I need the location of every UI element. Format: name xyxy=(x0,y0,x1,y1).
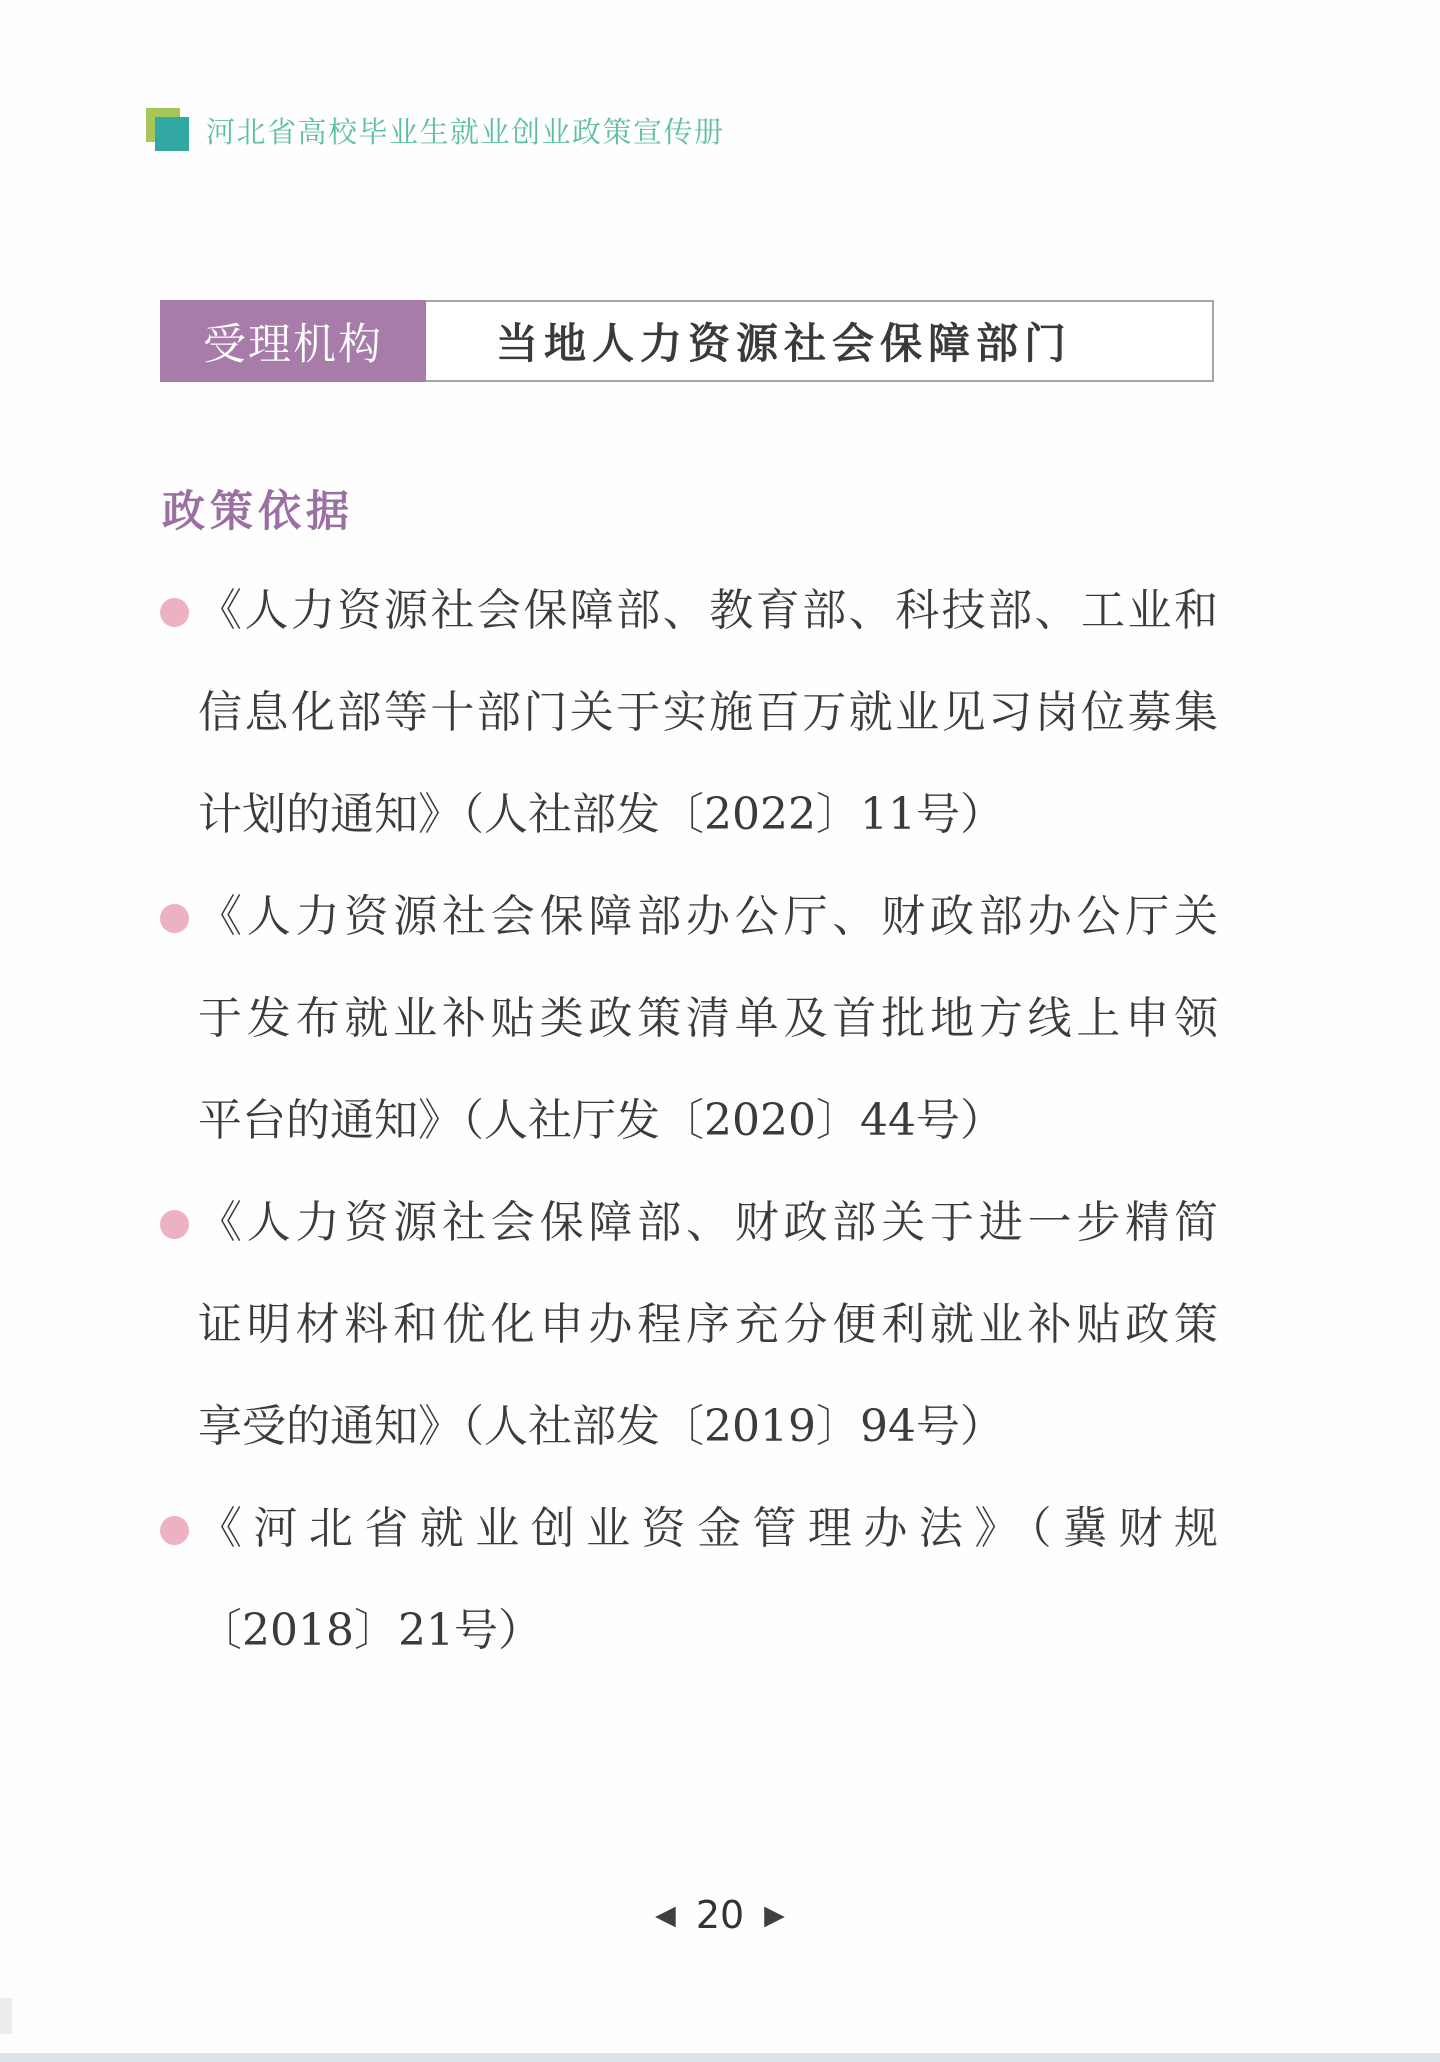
page-number: 20 xyxy=(696,1896,744,1934)
page-bottom-edge xyxy=(0,2053,1440,2062)
policy-text: 《河北省就业创业资金管理办法》（冀财规 〔2018〕21号） xyxy=(198,1478,1218,1682)
policy-line: 享受的通知》（人社部发〔2019〕94号） xyxy=(198,1376,1218,1478)
policy-item: 《人力资源社会保障部办公厅、财政部办公厅关 于发布就业补贴类政策清单及首批地方线… xyxy=(160,866,1218,1172)
agency-label: 受理机构 xyxy=(160,300,426,382)
square-front-teal xyxy=(155,117,189,151)
policy-line: 于发布就业补贴类政策清单及首批地方线上申领 xyxy=(198,968,1218,1070)
policy-item: 《河北省就业创业资金管理办法》（冀财规 〔2018〕21号） xyxy=(160,1478,1218,1682)
policy-list: 《人力资源社会保障部、教育部、科技部、工业和 信息化部等十部门关于实施百万就业见… xyxy=(160,560,1218,1682)
policy-line: 信息化部等十部门关于实施百万就业见习岗位募集 xyxy=(198,662,1218,764)
policy-line: 〔2018〕21号） xyxy=(198,1580,1218,1682)
bullet-dot-icon xyxy=(160,1210,189,1239)
next-page-icon: ▶ xyxy=(764,1902,785,1929)
policy-line: 《人力资源社会保障部、教育部、科技部、工业和 xyxy=(198,560,1218,662)
accepting-agency-row: 受理机构 当地人力资源社会保障部门 xyxy=(160,300,1214,382)
policy-text: 《人力资源社会保障部办公厅、财政部办公厅关 于发布就业补贴类政策清单及首批地方线… xyxy=(198,866,1218,1172)
bullet-dot-icon xyxy=(160,1516,189,1545)
policy-line: 计划的通知》（人社部发〔2022〕11号） xyxy=(198,764,1218,866)
policy-item: 《人力资源社会保障部、财政部关于进一步精简 证明材料和优化申办程序充分便利就业补… xyxy=(160,1172,1218,1478)
bullet-dot-icon xyxy=(160,598,189,627)
policy-text: 《人力资源社会保障部、财政部关于进一步精简 证明材料和优化申办程序充分便利就业补… xyxy=(198,1172,1218,1478)
policy-line: 《人力资源社会保障部、财政部关于进一步精简 xyxy=(198,1172,1218,1274)
overlapping-squares-icon xyxy=(146,106,194,154)
policy-line: 《河北省就业创业资金管理办法》（冀财规 xyxy=(198,1478,1218,1580)
policy-line: 平台的通知》（人社厅发〔2020〕44号） xyxy=(198,1070,1218,1172)
prev-page-icon: ◀ xyxy=(655,1902,676,1929)
section-title-policy-basis: 政策依据 xyxy=(162,478,354,539)
policy-line: 证明材料和优化申办程序充分便利就业补贴政策 xyxy=(198,1274,1218,1376)
corner-mark xyxy=(0,1998,12,2034)
document-page: 河北省高校毕业生就业创业政策宣传册 受理机构 当地人力资源社会保障部门 政策依据… xyxy=(0,0,1440,2062)
agency-value: 当地人力资源社会保障部门 xyxy=(426,311,1072,371)
page-header: 河北省高校毕业生就业创业政策宣传册 xyxy=(146,106,725,154)
policy-text: 《人力资源社会保障部、教育部、科技部、工业和 信息化部等十部门关于实施百万就业见… xyxy=(198,560,1218,866)
agency-value-box: 当地人力资源社会保障部门 xyxy=(426,300,1214,382)
policy-line: 《人力资源社会保障部办公厅、财政部办公厅关 xyxy=(198,866,1218,968)
policy-item: 《人力资源社会保障部、教育部、科技部、工业和 信息化部等十部门关于实施百万就业见… xyxy=(160,560,1218,866)
bullet-dot-icon xyxy=(160,904,189,933)
page-footer: ◀ 20 ▶ xyxy=(0,1896,1440,1934)
booklet-title: 河北省高校毕业生就业创业政策宣传册 xyxy=(206,110,725,151)
